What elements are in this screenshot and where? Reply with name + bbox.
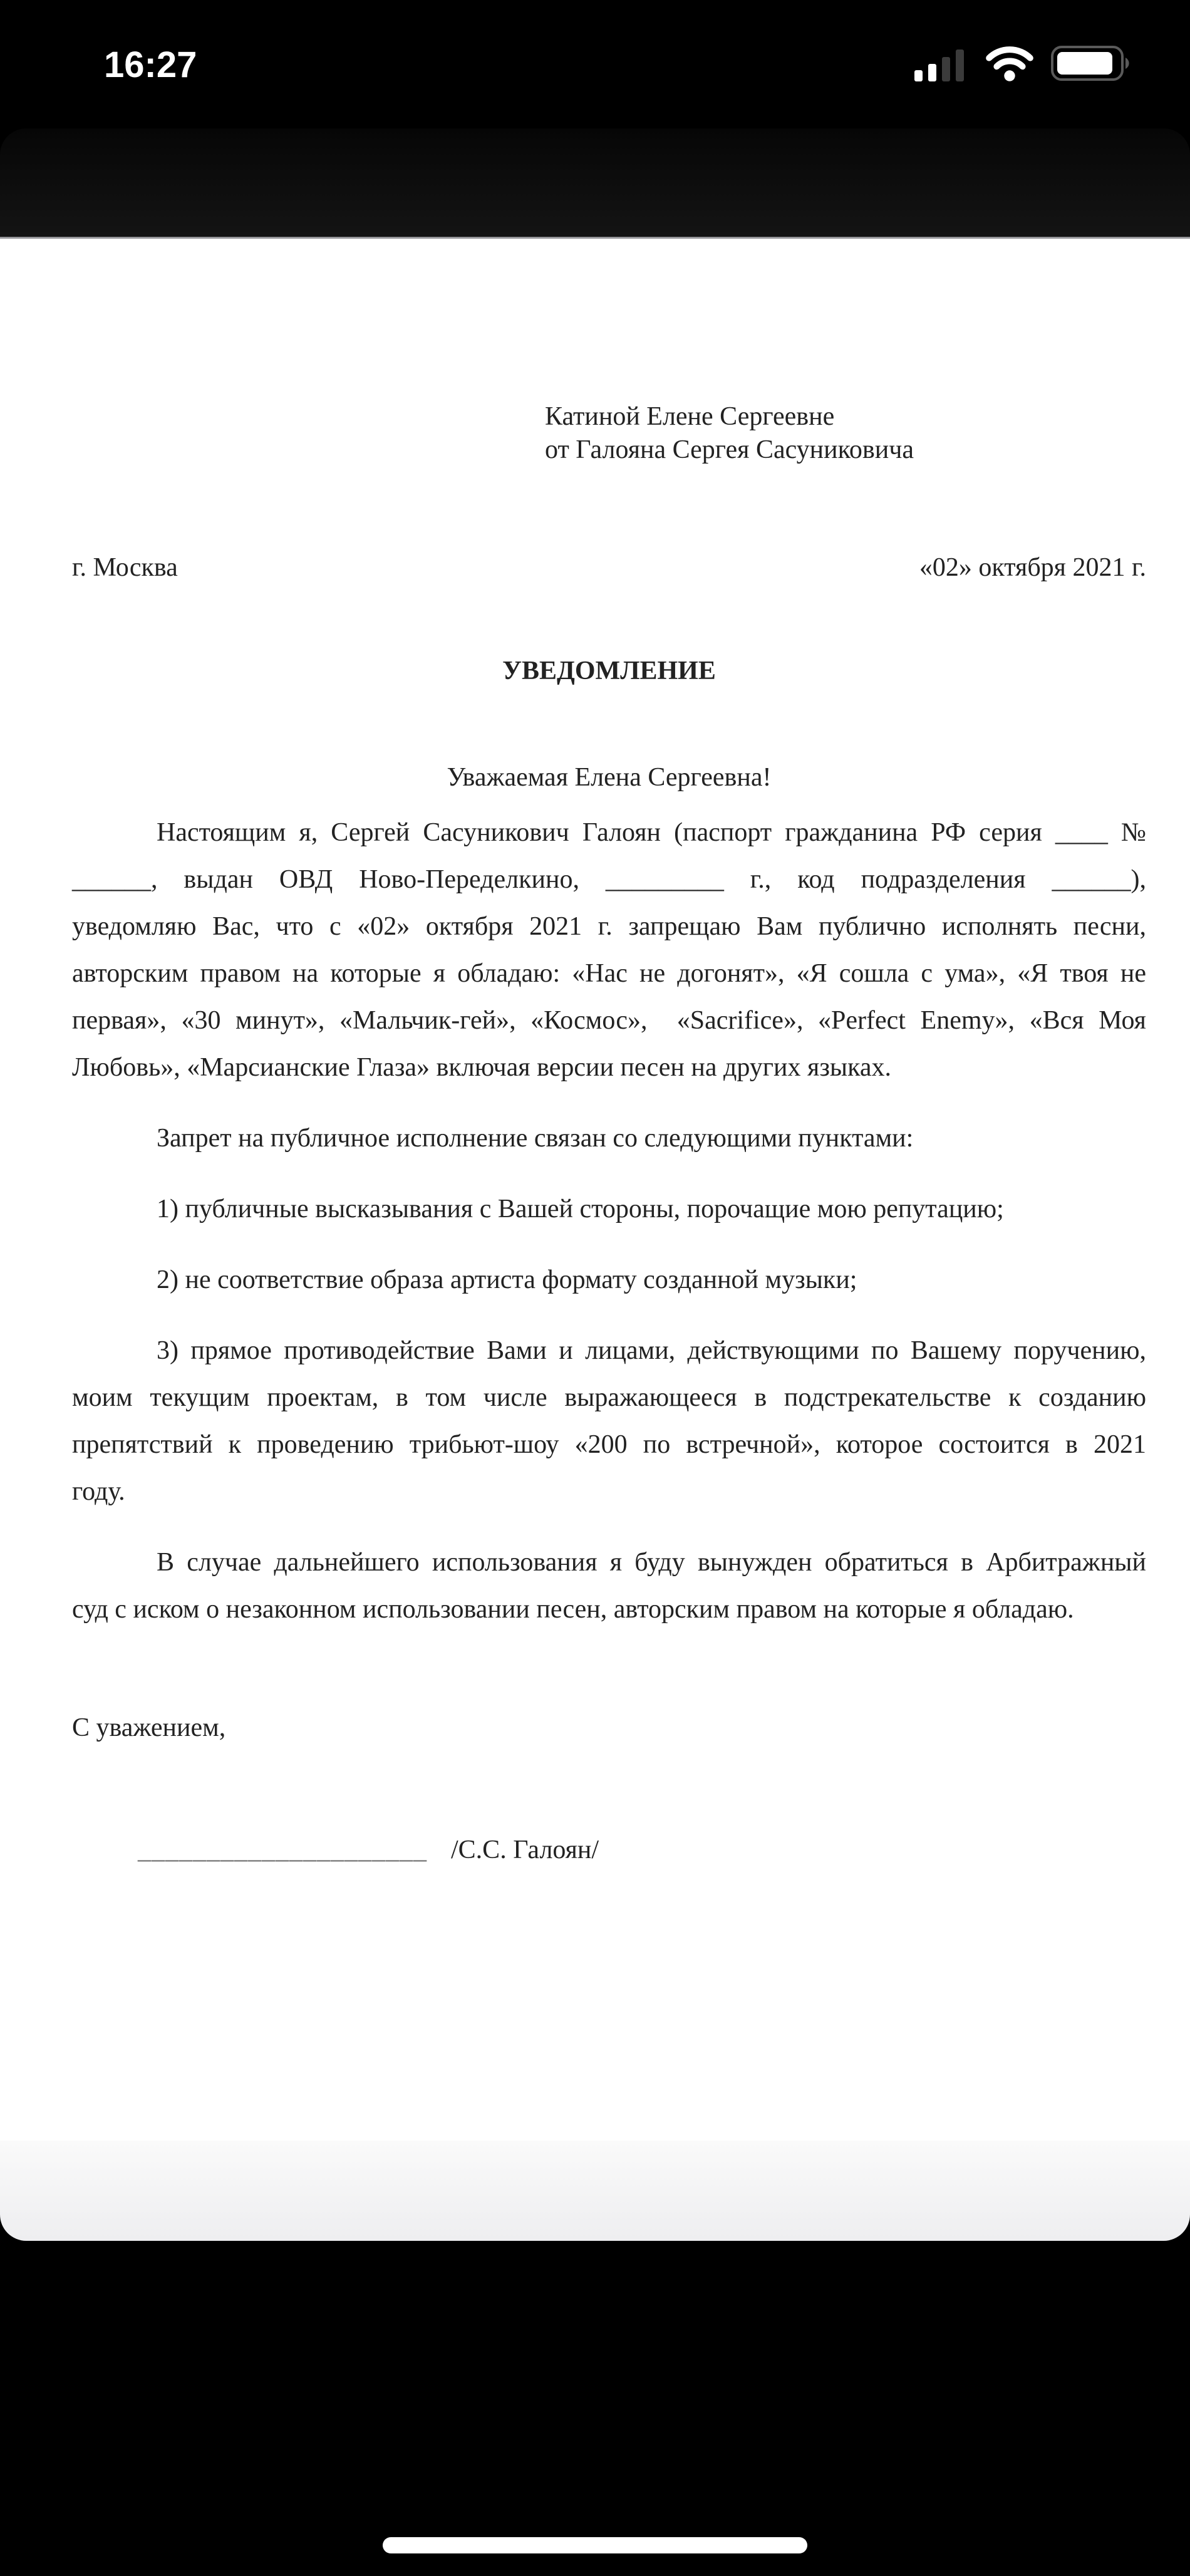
page-footer [0, 2141, 1190, 2241]
paragraph: В случае дальнейшего использования я буд… [72, 1539, 1146, 1633]
signature-name: /С.С. Галоян/ [451, 1827, 599, 1874]
text-line: первая», «30 минут», «Мальчик-гей», «Кос… [72, 997, 1146, 1044]
text-line: уведомляю Вас, что с «02» октября 2021 г… [72, 903, 1146, 950]
text-line: году. [72, 1468, 1146, 1515]
paragraph: Настоящим я, Сергей Сасуникович Галоян (… [72, 809, 1146, 1091]
signature-line: _____________________ [138, 1827, 427, 1874]
recipient-block: Катиной Елене Сергеевнеот Галояна Сергея… [545, 400, 1146, 467]
home-indicator[interactable] [383, 2537, 807, 2553]
paragraph: 3) прямое противодействие Вами и лицами,… [72, 1327, 1146, 1515]
paragraph: Запрет на публичное исполнение связан со… [72, 1115, 1146, 1162]
text-line: суд с иском о незаконном использовании п… [72, 1586, 1146, 1633]
closing-text: С уважением, [72, 1705, 1146, 1752]
status-time: 16:27 [104, 44, 197, 86]
text-line: авторским правом на которые я обладаю: «… [72, 950, 1146, 997]
text-line: ______, выдан ОВД Ново-Переделкино, ____… [72, 856, 1146, 903]
date-text: «02» октября 2021 г. [919, 544, 1146, 591]
text-line: Запрет на публичное исполнение связан со… [72, 1115, 1146, 1162]
signature-row: _____________________ /С.С. Галоян/ [138, 1827, 1146, 1874]
status-area: 16:27 [0, 0, 1190, 239]
text-line: 1) публичные высказывания с Вашей сторон… [72, 1186, 1146, 1233]
paragraph: 2) не соответствие образа артиста формат… [72, 1257, 1146, 1304]
salutation: Уважаемая Елена Сергеевна! [72, 754, 1146, 801]
text-line: моим текущим проектам, в том числе выраж… [72, 1374, 1146, 1421]
document-paragraphs: Настоящим я, Сергей Сасуникович Галоян (… [72, 809, 1146, 1633]
cellular-signal-icon [914, 46, 968, 81]
paragraph: 1) публичные высказывания с Вашей сторон… [72, 1186, 1146, 1233]
wifi-icon [985, 45, 1035, 81]
document-page[interactable]: Катиной Елене Сергеевнеот Галояна Сергея… [0, 239, 1190, 2141]
text-line: В случае дальнейшего использования я буд… [72, 1539, 1146, 1586]
text-line: 3) прямое противодействие Вами и лицами,… [72, 1327, 1146, 1374]
city-text: г. Москва [72, 544, 178, 591]
recipient-line: от Галояна Сергея Сасуниковича [545, 434, 1146, 467]
bottom-bar [0, 2241, 1190, 2576]
document-sheet-top [0, 128, 1190, 239]
text-line: Любовь», «Марсианские Глаза» включая вер… [72, 1044, 1146, 1091]
status-bar: 16:27 [0, 0, 1190, 94]
city-date-row: г. Москва «02» октября 2021 г. [72, 544, 1146, 591]
page-title: УВЕДОМЛЕНИЕ [72, 648, 1146, 695]
battery-icon [1051, 45, 1131, 81]
text-line: 2) не соответствие образа артиста формат… [72, 1257, 1146, 1304]
status-icons [914, 45, 1131, 81]
recipient-line: Катиной Елене Сергеевне [545, 400, 1146, 434]
text-line: Настоящим я, Сергей Сасуникович Галоян (… [72, 809, 1146, 856]
text-line: препятствий к проведению трибьют-шоу «20… [72, 1421, 1146, 1468]
